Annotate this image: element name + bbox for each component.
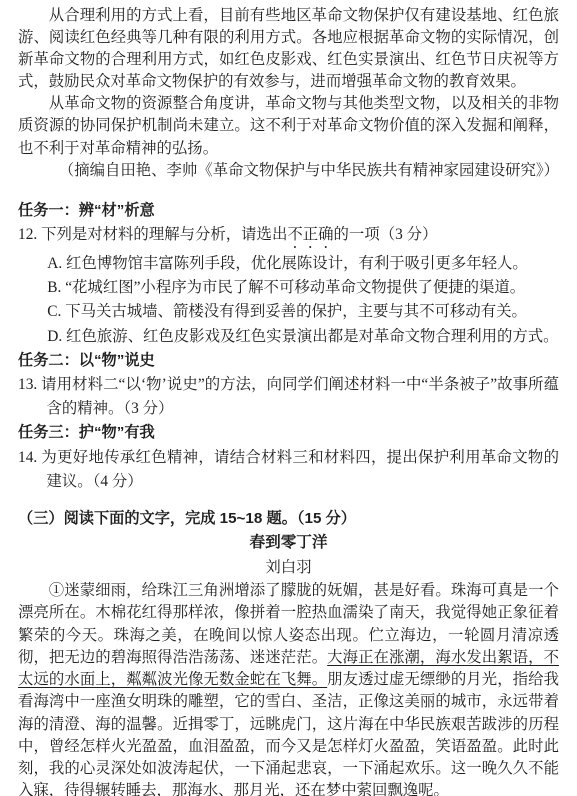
question-12-choice-a: A. 红色博物馆丰富陈列手段，优化展陈设计，有利于吸引更多年轻人。 — [18, 252, 559, 276]
question-13-stem: 13. 请用材料二“以‘物’说史”的方法，向同学们阐述材料一中“半条被子”故事所… — [18, 373, 559, 421]
question-12-choice-c: C. 下马关古城墙、箭楼没有得到妥善的保护，主要与其不可移动有关。 — [18, 300, 559, 324]
essay-paragraph-1: ①迷蒙细雨，给珠江三角洲增添了朦胧的妩媚，甚是好看。珠海可真是一个漂亮所在。木棉… — [18, 580, 559, 796]
question-12-choice-b: B. “花城红图”小程序为市民了解不可移动革命文物提供了便捷的渠道。 — [18, 276, 559, 300]
essay-author: 刘白羽 — [18, 556, 559, 581]
material-passage-section: 从合理利用的方式上看，目前有些地区革命文物保护仅有建设基地、红色旅游、阅读红色经… — [18, 5, 559, 182]
material-paragraph-integration: 从革命文物的资源整合角度讲，革命文物与其他类型文物，以及相关的非物质资源的协同保… — [18, 93, 559, 159]
reading-instruction: （三）阅读下面的文字，完成 15~18 题。（15 分） — [18, 507, 559, 531]
question-14-stem: 14. 为更好地传承红色精神，请结合材料三和材料四，提出保护利用革命文物的建议。… — [18, 446, 559, 494]
essay-title: 春到零丁洋 — [18, 531, 559, 556]
task-two-heading: 任务二：以“物”说史 — [18, 349, 559, 373]
question-12-emphasis-text: 不正确 — [287, 226, 333, 243]
essay-paragraph-1-after: 朋友透过虚无缥缈的月光，指给我看海湾中一座渔女明珠的雕塑，它的雪白、圣洁，正像这… — [18, 671, 559, 796]
material-attribution: （摘编自田艳、李帅《革命文物保护与中华民族共有精神家园建设研究》） — [18, 160, 559, 182]
task-one-heading: 任务一：辨“材”析意 — [18, 199, 559, 223]
question-12-stem-suffix: 的一项（3 分） — [334, 226, 438, 243]
questions-section: 任务一：辨“材”析意 12. 下列是对材料的理解与分析，请选出不正确的一项（3 … — [18, 199, 559, 494]
question-12-stem: 12. 下列是对材料的理解与分析，请选出不正确的一项（3 分） — [18, 223, 559, 252]
material-paragraph-usage: 从合理利用的方式上看，目前有些地区革命文物保护仅有建设基地、红色旅游、阅读红色经… — [18, 5, 559, 93]
reading-section: （三）阅读下面的文字，完成 15~18 题。（15 分） 春到零丁洋 刘白羽 ①… — [18, 507, 559, 796]
question-12-stem-prefix: 12. 下列是对材料的理解与分析，请选出 — [18, 226, 287, 243]
task-three-heading: 任务三：护“物”有我 — [18, 421, 559, 445]
exam-page: 从合理利用的方式上看，目前有些地区革命文物保护仅有建设基地、红色旅游、阅读红色经… — [0, 0, 577, 796]
question-12-choice-d: D. 红色旅游、红色皮影戏及红色实景演出都是对革命文物合理利用的方式。 — [18, 325, 559, 349]
